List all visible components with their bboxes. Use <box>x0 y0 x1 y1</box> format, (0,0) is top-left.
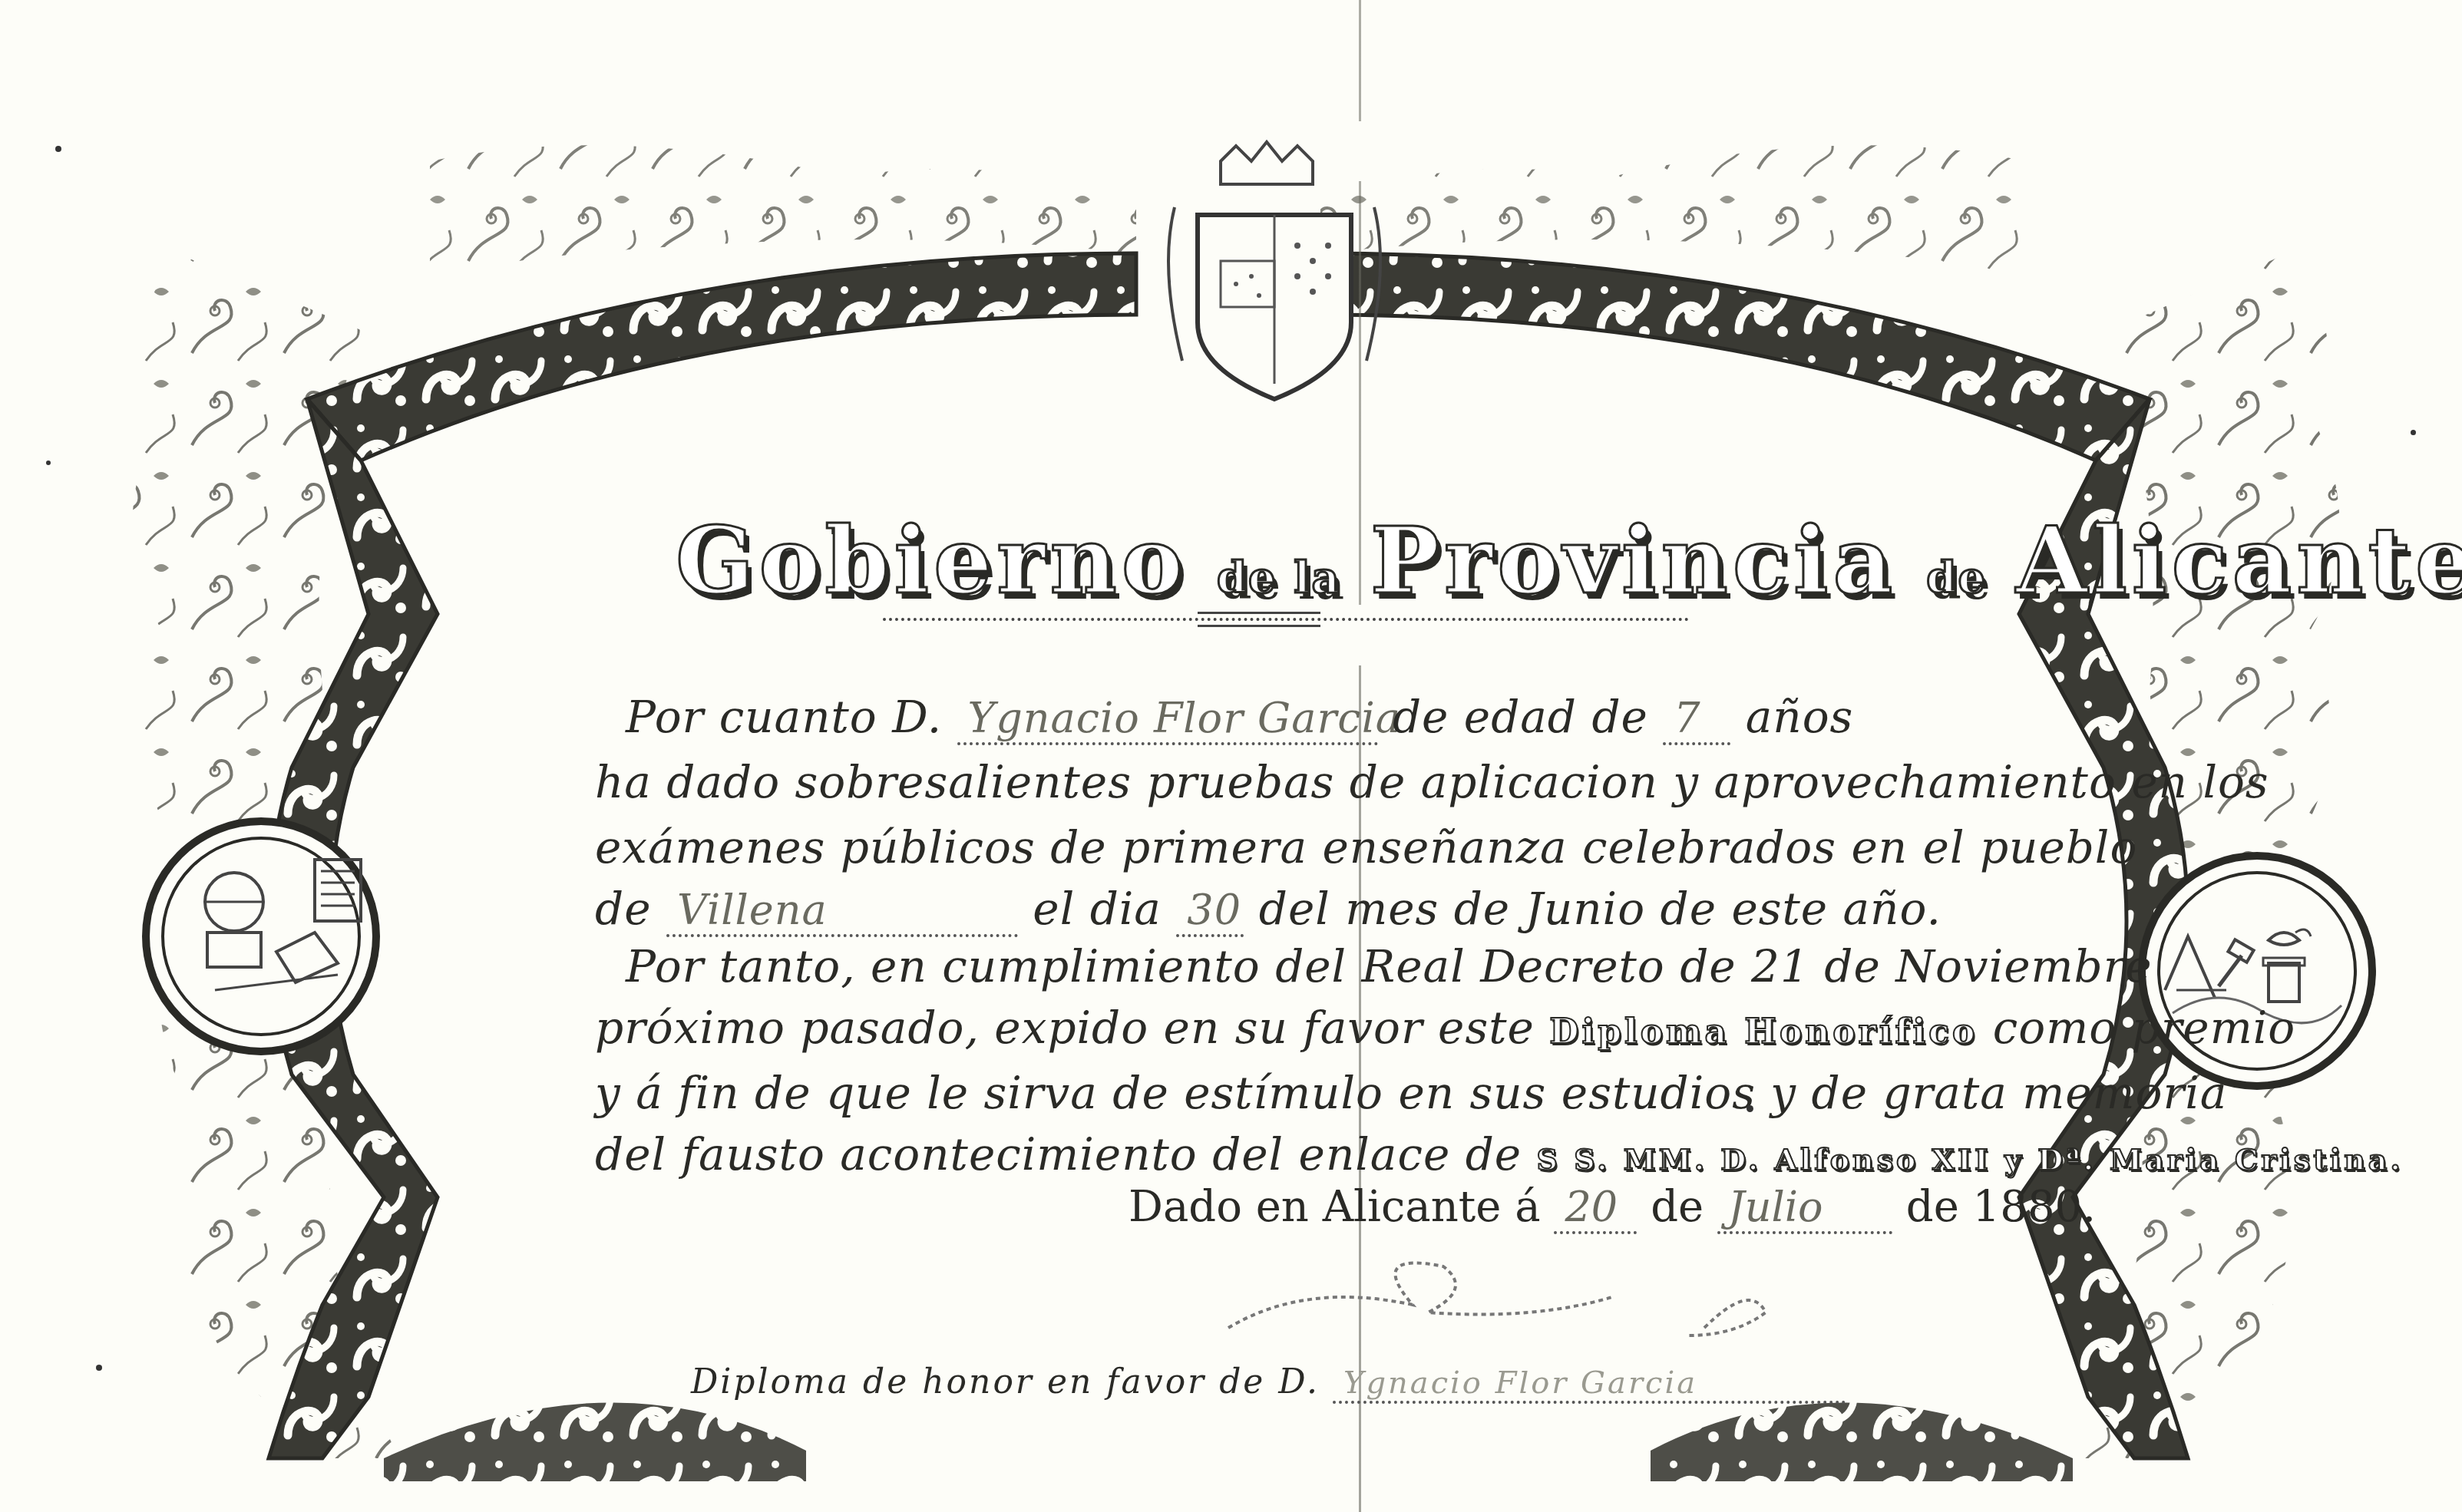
dated-suffix: de 1880. <box>1906 1182 2096 1232</box>
royal-names-label: S S. MM. D. Alfonso XII y Dª. Maria Cris… <box>1537 1142 2404 1177</box>
line1-prefix: Por cuanto D. <box>626 691 942 743</box>
line6-suffix: como premio <box>1993 1002 2295 1054</box>
dated-line: Dado en Alicante á 20 de Julio de 1880. <box>1129 1182 2096 1234</box>
line4-mid: el dia <box>1033 883 1162 935</box>
body-line-2: ha dado sobresalientes pruebas de aplica… <box>595 756 2269 808</box>
diploma-page: Gobierno de la Provincia de Alicante. Po… <box>0 0 2462 1512</box>
footer-name-field: Ygnacio Flor Garcia <box>1333 1365 1846 1404</box>
dated-mid: de <box>1651 1182 1704 1232</box>
line4-suffix: del mes de Junio de este año. <box>1259 883 1942 935</box>
title-word-gobierno: Gobierno <box>676 507 1188 615</box>
title-word-provincia: Provincia <box>1370 507 1897 615</box>
town-field: Villena <box>666 886 1018 937</box>
line8-prefix: del fausto acontecimiento del enlace de <box>595 1128 1522 1180</box>
footer-line: Diploma de honor en favor de D. Ygnacio … <box>691 1362 1846 1404</box>
line6-prefix: próximo pasado, expido en su favor este <box>595 1002 1535 1054</box>
age-field: 7 <box>1663 694 1730 745</box>
scroll-band-top <box>307 253 1136 461</box>
coat-of-arms-crest-icon <box>1168 142 1380 399</box>
page-title: Gobierno de la Provincia de Alicante. <box>676 507 1873 615</box>
diploma-honorifico-label: Diploma Honorífico <box>1549 1012 1978 1051</box>
title-word-alicante: Alicante. <box>2016 507 2462 615</box>
line4-prefix: de <box>595 883 651 935</box>
recipient-name-field: Ygnacio Flor Garcia <box>957 694 1378 745</box>
scan-speck <box>46 461 51 465</box>
footer-label: Diploma de honor en favor de D. <box>691 1362 1320 1401</box>
body-line-5: Por tanto, en cumplimiento del Real Decr… <box>626 940 2153 992</box>
body-line-7: y á fin de que le sirva de estímulo en s… <box>595 1067 2227 1119</box>
education-medallion-icon <box>146 821 376 1051</box>
line1-suffix: años <box>1746 691 1854 743</box>
body-line-1: Por cuanto D. Ygnacio Flor Garcia de eda… <box>626 691 1853 745</box>
body-line-6: próximo pasado, expido en su favor este … <box>595 1002 2295 1054</box>
body-line-4: de Villena el dia 30 del mes de Junio de… <box>595 883 1942 937</box>
body-line-8: del fausto acontecimiento del enlace de … <box>595 1128 2404 1180</box>
dated-day-field: 20 <box>1554 1183 1637 1234</box>
body-line-3: exámenes públicos de primera enseñanza c… <box>595 821 2137 873</box>
signature-icon <box>1213 1236 1904 1343</box>
day-field: 30 <box>1176 886 1244 937</box>
title-word-de-la: de la <box>1217 553 1341 603</box>
scan-speck <box>2411 430 2416 435</box>
dated-month-field: Julio <box>1717 1183 1892 1234</box>
scan-speck <box>96 1365 102 1371</box>
title-divider-ornament <box>1198 612 1320 627</box>
scan-speck <box>1747 1105 1753 1112</box>
dated-prefix: Dado en Alicante á <box>1129 1182 1541 1232</box>
scan-speck <box>55 146 61 152</box>
line1-mid: de edad de <box>1393 691 1648 743</box>
title-word-de: de <box>1926 553 1987 603</box>
